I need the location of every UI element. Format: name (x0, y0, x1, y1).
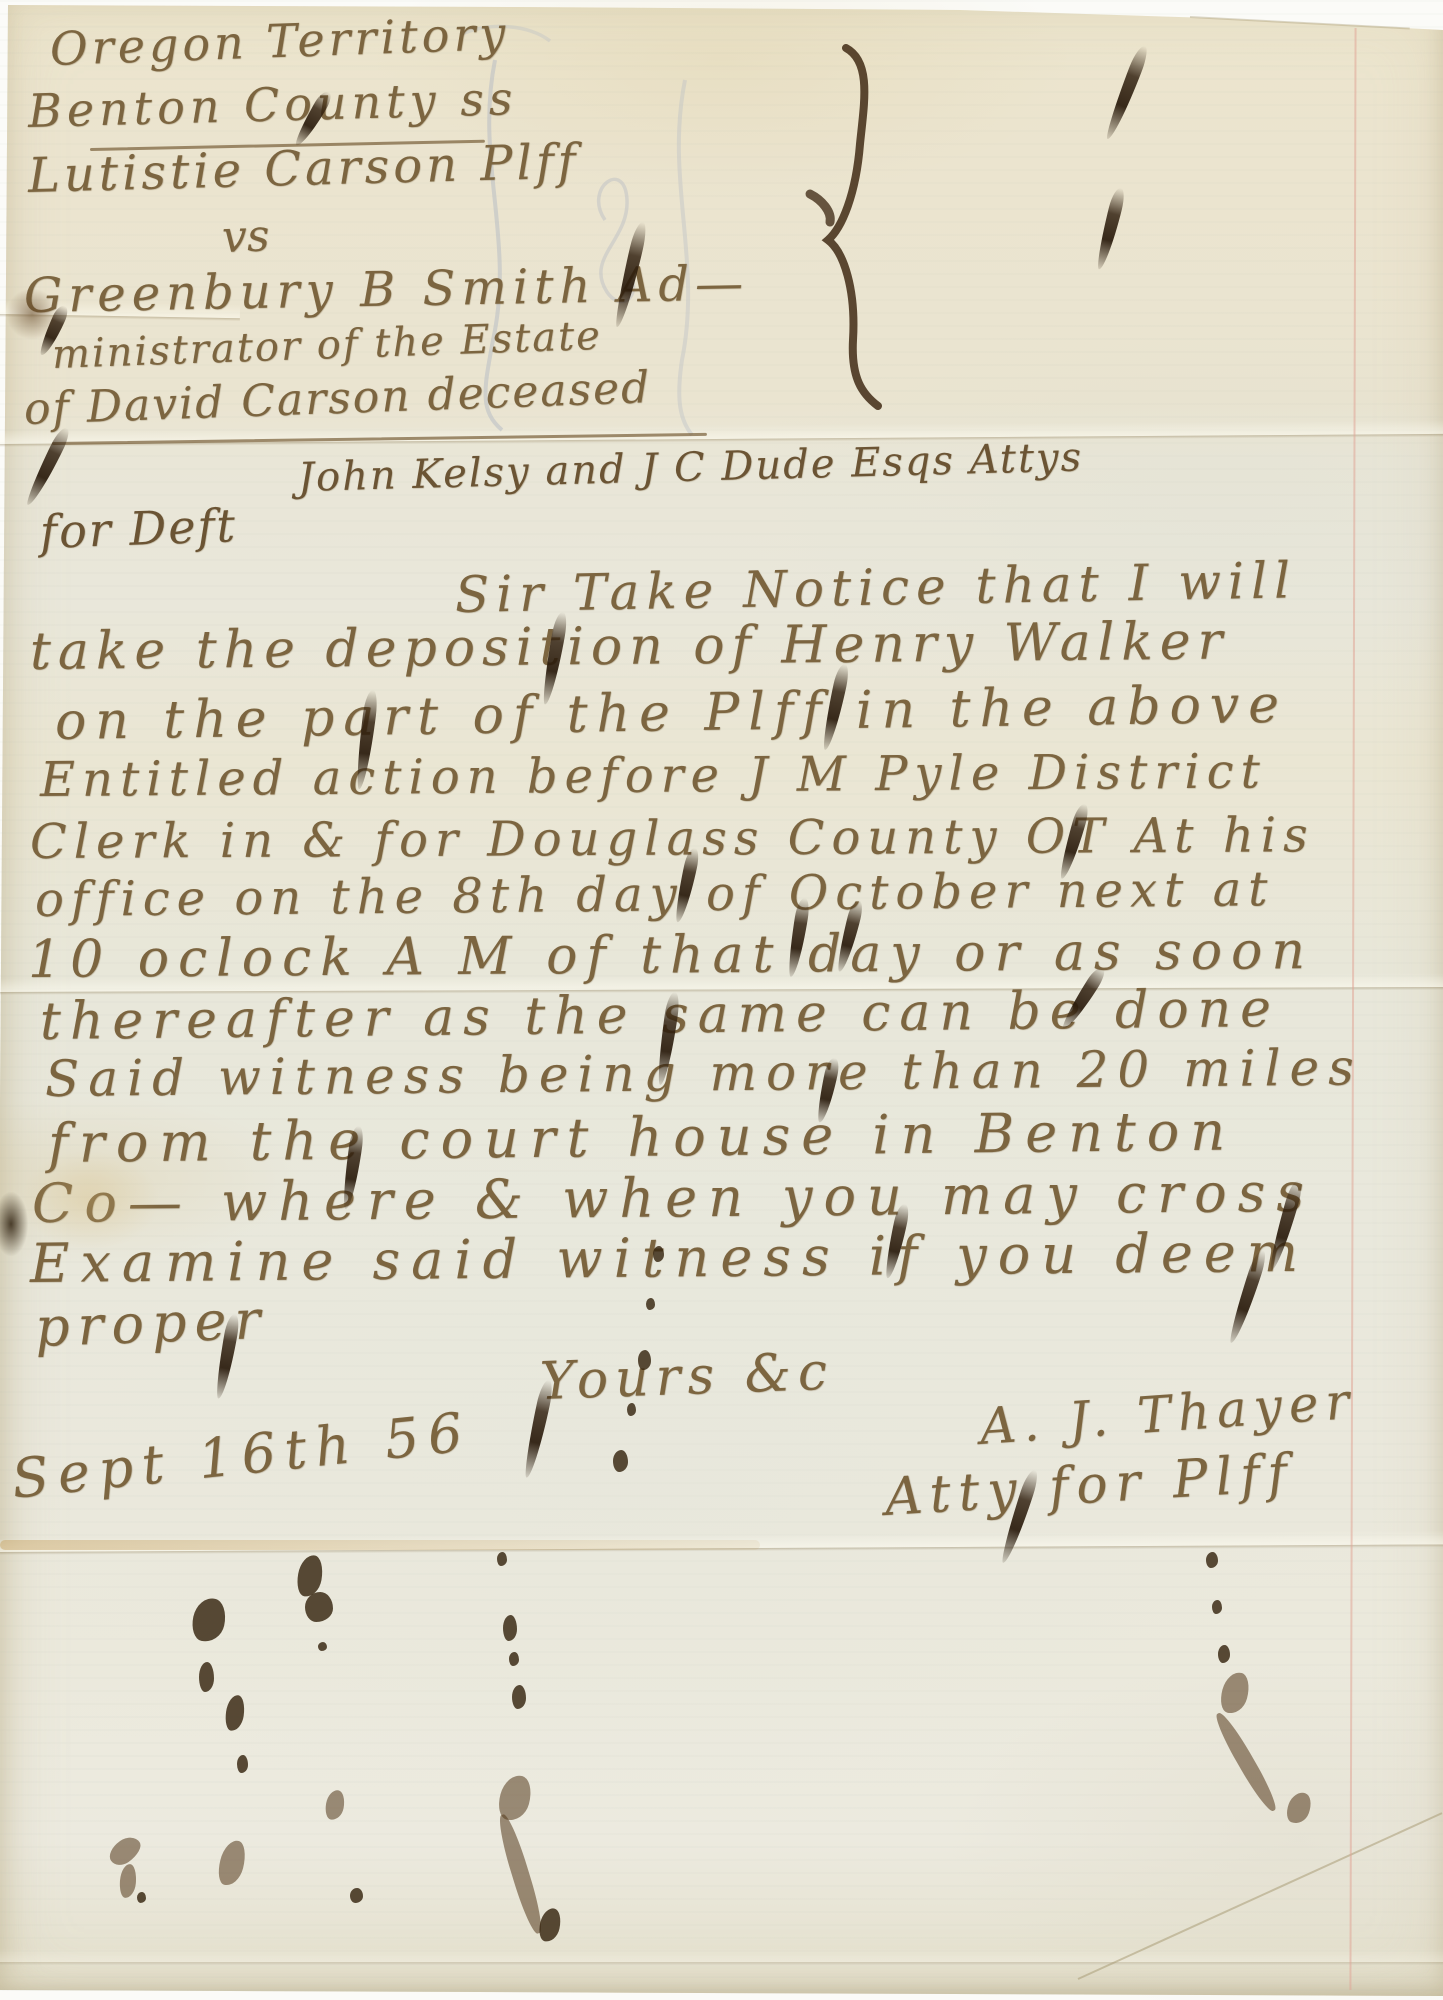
body-line: Entitled action before J M Pyle District (40, 743, 1267, 808)
closing: Yours &c (539, 1342, 835, 1412)
attorney-line-2: for Deft (39, 498, 238, 559)
body-line: Examine said witness if you deem (30, 1221, 1309, 1295)
caption-versus: vs (221, 210, 270, 263)
body-line: take the deposition of Henry Walker (30, 612, 1230, 682)
body-line: Clerk in & for Douglass County OT At his (30, 807, 1315, 870)
body-line: 10 oclock A M of that day or as soon (28, 921, 1314, 990)
body-line: Said witness being more than 20 miles (45, 1039, 1363, 1108)
body-line: office on the 8th day of October next at (35, 861, 1275, 928)
scanned-document: Oregon Territory Benton County ss Lutist… (0, 0, 1443, 2000)
